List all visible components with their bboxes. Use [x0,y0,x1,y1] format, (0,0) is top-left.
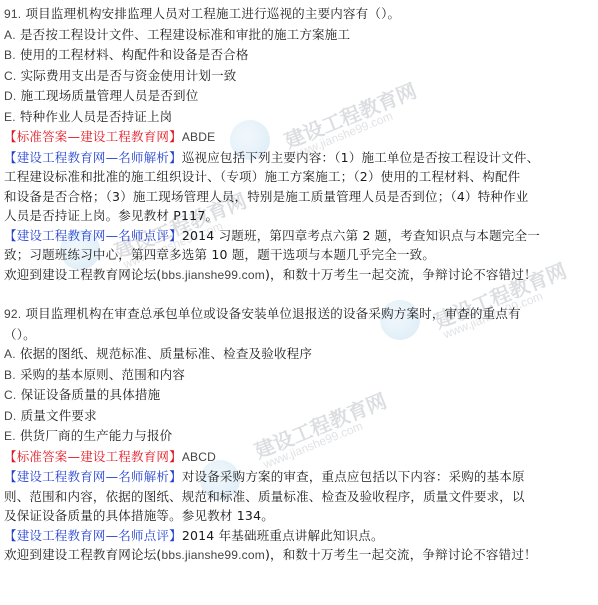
option-d: D. 质量文件要求 [4,406,592,427]
question-91: 91. 项目监理机构安排监理人员对工程施工进行巡视的主要内容有（）。 A. 是否… [4,4,592,285]
forum-line: 欢迎到建设工程教育网论坛(bbs.jianshe99.com)，和数十万考生一起… [4,545,592,566]
question-92: 92. 项目监理机构在审查总承包单位或设备安装单位退报送的设备采购方案时，审查的… [4,304,592,566]
answer-label: 【标准答案—建设工程教育网】 [4,449,182,464]
option-a: A. 依据的图纸、规范标准、质量标准、检查及验收程序 [4,344,592,365]
analysis-label: 【建设工程教育网—名师解析】 [4,469,182,484]
option-b: B. 使用的工程材料、构配件和设备是否合格 [4,45,592,66]
spacer [4,285,592,304]
question-stem: 92. 项目监理机构在审查总承包单位或设备安装单位退报送的设备采购方案时，审查的… [4,304,592,325]
answer-value: ABCD [182,450,216,464]
analysis-label: 【建设工程教育网—名师解析】 [4,150,182,165]
analysis-line-3: 和设备是否合格；（3）施工现场管理人员，特别是施工质量管理人员是否到位；（4）特… [4,187,592,207]
answer-label: 【标准答案—建设工程教育网】 [4,129,182,144]
comment-line-1: 【建设工程教育网—名师点评】2014 习题班，第四章考点六第 2 题，考查知识点… [4,226,592,246]
answer-line: 【标准答案—建设工程教育网】ABDE [4,127,592,148]
forum-line: 欢迎到建设工程教育网论坛(bbs.jianshe99.com)，和数十万考生一起… [4,265,592,286]
analysis-line-2: 则、范围和内容，依据的图纸、规范和标准、质量标准、检查及验收程序，质量文件要求，… [4,487,592,507]
comment-line-1: 【建设工程教育网—名师点评】2014 年基础班重点讲解此知识点。 [4,526,592,546]
option-d: D. 施工现场质量管理人员是否到位 [4,86,592,107]
option-c: C. 保证设备质量的具体措施 [4,385,592,406]
option-e: E. 特种作业人员是否持证上岗 [4,107,592,128]
question-stem: 91. 项目监理机构安排监理人员对工程施工进行巡视的主要内容有（）。 [4,4,592,25]
forum-link[interactable]: bbs.jianshe99.com [161,548,264,562]
option-e: E. 供货厂商的生产能力与报价 [4,426,592,447]
comment-label: 【建设工程教育网—名师点评】 [4,228,182,243]
answer-value: ABDE [182,130,215,144]
option-b: B. 采购的基本原则、范围和内容 [4,365,592,386]
analysis-line-1: 【建设工程教育网—名师解析】对设备采购方案的审查，重点应包括以下内容：采购的基本… [4,467,592,487]
comment-label: 【建设工程教育网—名师点评】 [4,528,182,543]
option-a: A. 是否按工程设计文件、工程建设标准和审批的施工方案施工 [4,25,592,46]
option-c: C. 实际费用支出是否与资金使用计划一致 [4,66,592,87]
forum-link[interactable]: bbs.jianshe99.com [161,268,264,282]
comment-line-2: 致；习题班练习中心，第四章多选第 10 题，题干选项与本题几乎完全一致。 [4,245,592,265]
answer-line: 【标准答案—建设工程教育网】ABCD [4,447,592,468]
analysis-line-3: 及保证设备质量的具体措施等。参见教材 134。 [4,506,592,526]
analysis-line-1: 【建设工程教育网—名师解析】巡视应包括下列主要内容：（1）施工单位是否按工程设计… [4,148,592,168]
exam-document: 91. 项目监理机构安排监理人员对工程施工进行巡视的主要内容有（）。 A. 是否… [4,4,592,566]
analysis-line-2: 工程建设标准和批准的施工组织设计、（专项）施工方案施工；（2）使用的工程材料、构… [4,167,592,187]
question-stem-cont: （）。 [4,325,592,345]
analysis-line-4: 人员是否持证上岗。参见教材 P117。 [4,206,592,226]
